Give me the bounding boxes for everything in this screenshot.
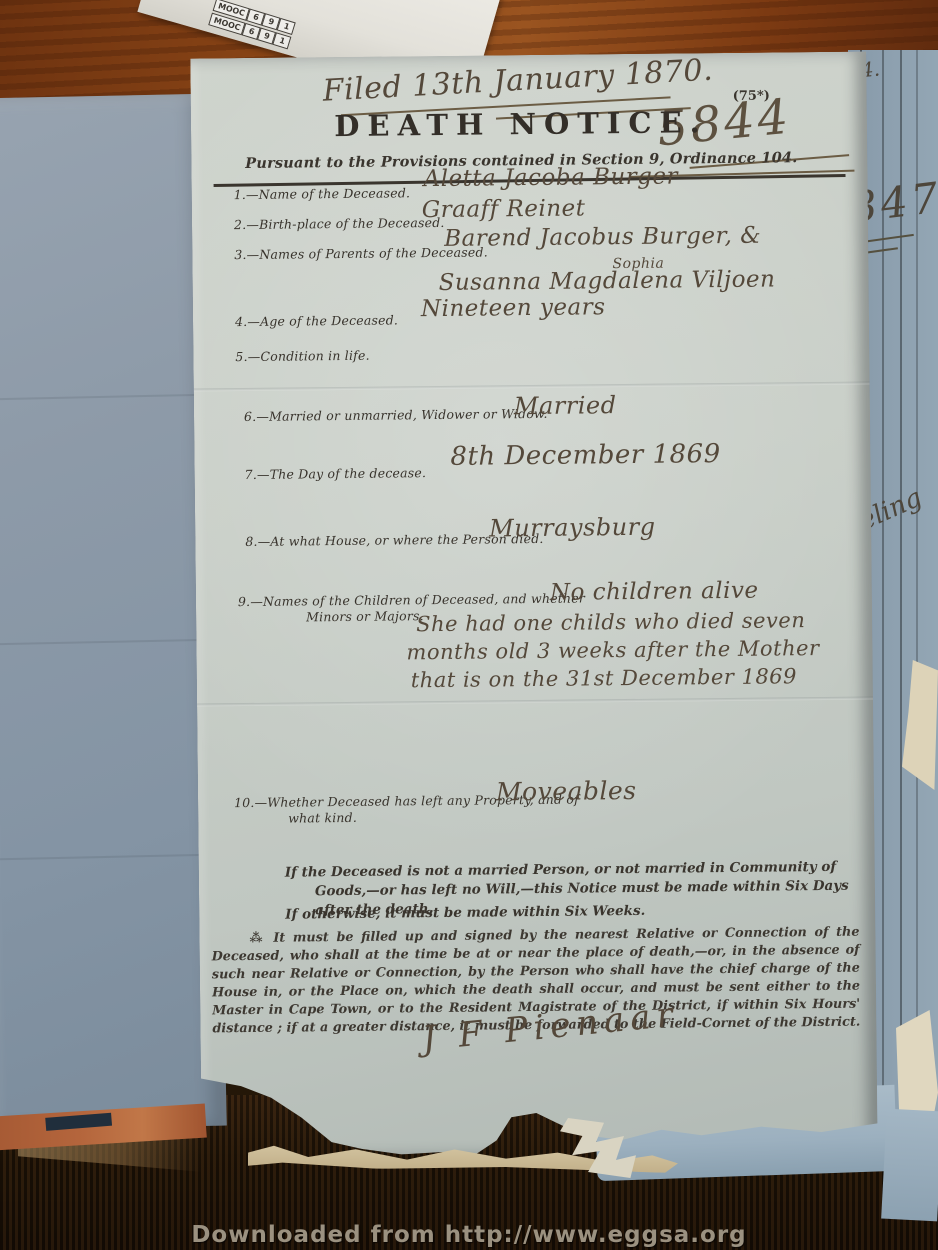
form-label-9-line2: Minors or Majors. (306, 608, 424, 624)
answer-children: No children alive (550, 578, 759, 606)
asterism-marker: ⁂ (249, 931, 265, 946)
cover-crease (0, 639, 217, 646)
cover-crease (0, 394, 211, 401)
form-label-6: 6.—Married or unmarried, Widower or Wido… (244, 406, 548, 424)
torn-paper-fragment (902, 660, 938, 790)
stamp-cell: 1 (273, 32, 292, 49)
source-watermark: Downloaded from http://www.eggsa.org (0, 1222, 938, 1248)
cover-crease (0, 854, 221, 861)
form-label-9: 9.—Names of the Children of Deceased, an… (238, 590, 585, 609)
answer-father: Barend Jacobus Burger, & (444, 223, 761, 252)
answer-property: Moveables (496, 776, 637, 806)
form-label-10-line2: what kind. (288, 810, 357, 826)
death-notice-document: Filed 13th January 1870. (75*) 5844 DEAT… (190, 51, 877, 1158)
answer-name: Aletta Jacoba Burger (423, 163, 678, 192)
document-title: DEATH NOTICE. (201, 104, 841, 145)
answer-children-extra-1: She had one childs who died seven (416, 608, 805, 636)
form-label-4: 4.—Age of the Deceased. (235, 312, 398, 329)
answer-age: Nineteen years (421, 294, 606, 322)
binding-navy-band (45, 1113, 112, 1131)
fold-crease (197, 696, 873, 706)
form-label-5: 5.—Condition in life. (235, 348, 370, 364)
answer-children-extra-2: months old 3 weeks after the Mother (406, 636, 819, 664)
fold-crease (194, 381, 870, 391)
underlying-blue-page-corner (881, 1109, 938, 1222)
filed-date-handwriting: Filed 13th January 1870. (322, 53, 714, 109)
answer-death-place: Murraysburg (489, 513, 656, 543)
answer-married: Married (514, 391, 617, 420)
form-label-1: 1.—Name of the Deceased. (234, 185, 411, 202)
answer-death-date: 8th December 1869 (450, 439, 721, 472)
answer-birthplace: Graaff Reinet (422, 195, 586, 223)
form-label-2: 2.—Birth-place of the Deceased. (234, 215, 445, 232)
answer-mother: Susanna Magdalena Viljoen (438, 266, 775, 296)
answer-children-extra-3: that is on the 31st December 1869 (411, 664, 797, 692)
form-label-7: 7.—The Day of the decease. (245, 465, 427, 482)
